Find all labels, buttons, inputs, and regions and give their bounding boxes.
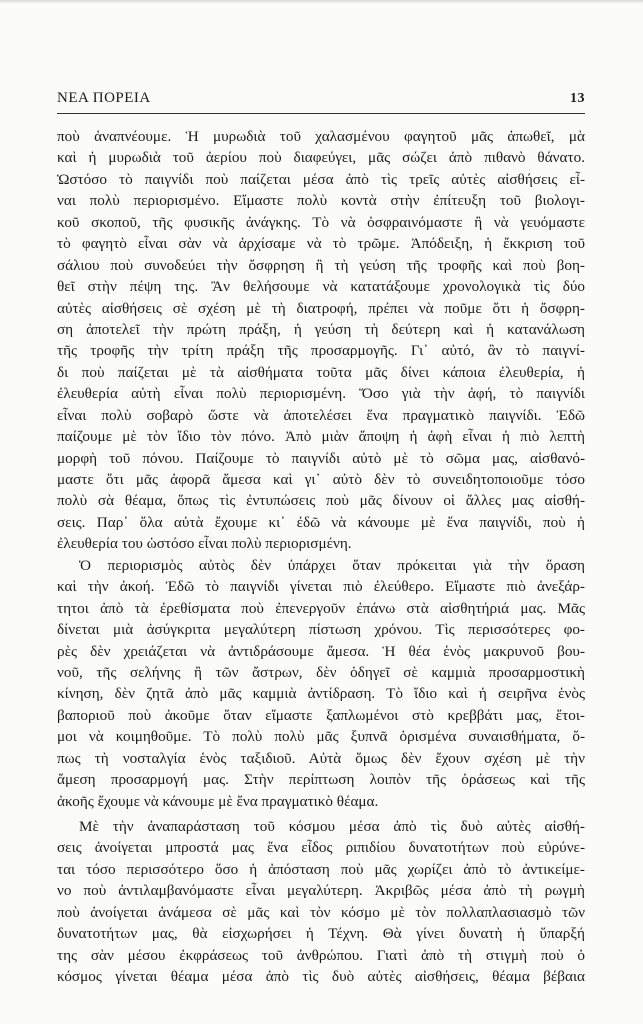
text-line: νοῦ, τῆς σελήνης ἢ τῶν ἄστρων, δὲν ὁδηγε…	[57, 662, 585, 683]
text-line: δι ποὺ παίζεται μὲ τὰ αἰσθήματα τοῦτα μᾶ…	[57, 362, 585, 383]
text-line: τῆς τροφῆς τὴν τρίτη πράξη τῆς προσαρμογ…	[57, 340, 585, 361]
text-line: δίνεται μιὰ ἀσύγκριτα μεγαλύτερη πίστωση…	[57, 619, 585, 640]
running-header: ΝΕΑ ΠΟΡΕΙΑ 13	[57, 90, 585, 107]
text-line: εἶναι πολὺ σοβαρὸ ὥστε νὰ ἀποτελέσει ἕνα…	[57, 405, 585, 426]
text-line: ἀκοῆς ἔχουμε νὰ κάνουμε μὲ ἕνα πραγματικ…	[57, 791, 585, 812]
header-rule	[57, 113, 585, 114]
text-line: ποὺ ἀνοίγεται ἀνάμεσα σὲ μᾶς καὶ τὸν κόσ…	[57, 902, 585, 923]
text-line: μαστε ὅτι μᾶς ἀφορᾶ ἄμεσα καὶ γι᾽ αὐτὸ δ…	[57, 469, 585, 490]
text-line: σεις. Παρ᾽ ὅλα αὐτὰ ἔχουμε κι᾽ ἐδῶ νὰ κά…	[57, 512, 585, 533]
text-line: ποὺ ἀναπνέουμε. Ἡ μυρωδιὰ τοῦ χαλασμένου…	[57, 126, 585, 147]
text-line: καὶ ἡ μυρωδιὰ τοῦ ἀερίου ποὺ διαφεύγει, …	[57, 147, 585, 168]
text-line: ἐλευθερία αὐτὴ εἶναι πολὺ περιορισμένη. …	[57, 383, 585, 404]
text-line: τὸ φαγητὸ εἶναι σὰν νὰ ἀρχίσαμε νὰ τὸ τρ…	[57, 233, 585, 254]
text-line: σάλιου ποὺ συνοδεύει τὴν ὄσφρηση ἢ τὴ γε…	[57, 255, 585, 276]
text-line: σεις ἀνοίγεται μπροστά μας ἕνα εἶδος ριπ…	[57, 837, 585, 858]
text-line: βαποριοῦ ποὺ ἀκοῦμε ὅταν εἴμαστε ξαπλωμέ…	[57, 705, 585, 726]
text-line: ρὲς δὲν χρειάζεται νὰ ἀντιδράσουμε ἄμεσα…	[57, 641, 585, 662]
text-line: κοῦ σκοποῦ, τῆς φυσικῆς ἀνάγκης. Τὸ νὰ ὀ…	[57, 212, 585, 233]
text-line: θεῖ στὴν πέψη της. Ἂν θελήσουμε νὰ κατατ…	[57, 276, 585, 297]
paragraph-1: ποὺ ἀναπνέουμε. Ἡ μυρωδιὰ τοῦ χαλασμένου…	[57, 126, 585, 555]
text-line: δυνατοτήτων μας, θὰ εἰσχωρήσει ἡ Τέχνη. …	[57, 923, 585, 944]
text-line: ἄμεση προσαρμογή μας. Στὴν περίπτωση λοι…	[57, 769, 585, 790]
text-line: Ὁ περιορισμὸς αὐτὸς δὲν ὑπάρχει ὅταν πρό…	[57, 555, 585, 576]
paragraph-3: Μὲ τὴν ἀναπαράσταση τοῦ κόσμου μέσα ἀπὸ …	[57, 816, 585, 988]
text-line: Ὡστόσο τὸ παιγνίδι ποὺ παίζεται μέσα ἀπὸ…	[57, 169, 585, 190]
text-line: ναι πολὺ περιορισμένο. Εἴμαστε πολὺ κοντ…	[57, 190, 585, 211]
body-text: ποὺ ἀναπνέουμε. Ἡ μυρωδιὰ τοῦ χαλασμένου…	[57, 126, 585, 988]
text-line: αὐτὲς αἰσθήσεις σὲ σχέση μὲ τὴ διατροφή,…	[57, 298, 585, 319]
paragraph-2: Ὁ περιορισμὸς αὐτὸς δὲν ὑπάρχει ὅταν πρό…	[57, 555, 585, 812]
text-line: τητοι ἀπὸ τὰ ἐρεθίσματα ποὺ ἐπενεργοῦν ἐ…	[57, 598, 585, 619]
text-line: πως τὴ νοσταλγία ἑνὸς ταξιδιοῦ. Αὐτὰ ὅμω…	[57, 748, 585, 769]
text-line: καὶ τὴν ἀκοή. Ἐδῶ τὸ παιγνίδι γίνεται πι…	[57, 576, 585, 597]
text-line: της σὰν μέσου ἐκφράσεως τοῦ ἀνθρώπου. Γι…	[57, 945, 585, 966]
text-line: παίζουμε μὲ τὸν ἴδιο τὸν πόνο. Ἀπὸ μιὰν …	[57, 426, 585, 447]
text-line: Μὲ τὴν ἀναπαράσταση τοῦ κόσμου μέσα ἀπὸ …	[57, 816, 585, 837]
text-line: νο ποὺ ἀντιλαμβανόμαστε εἶναι μεγαλύτερη…	[57, 880, 585, 901]
text-line: κίνηση, δὲν ζητᾶ ἀπὸ μᾶς καμμιὰ ἀντίδρασ…	[57, 683, 585, 704]
text-line: κόσμος γίνεται θέαμα μέσα ἀπὸ τὶς δυὸ αὐ…	[57, 966, 585, 987]
page-number: 13	[570, 91, 585, 107]
running-title: ΝΕΑ ΠΟΡΕΙΑ	[57, 90, 151, 107]
text-line: πολὺ σὰ θέαμα, ὅπως τὶς ἐντυπώσεις ποὺ μ…	[57, 490, 585, 511]
text-line: ση ἀποτελεῖ τὴν πρώτη πράξη, ἡ γεύση τὴ …	[57, 319, 585, 340]
text-line: ται τόσο περισσότερο ὅσο ἡ ἀπόσταση ποὺ …	[57, 859, 585, 880]
text-line: μορφὴ τοῦ πόνου. Παίζουμε τὸ παιγνίδι αὐ…	[57, 448, 585, 469]
text-line: ἐλευθερία του ὡστόσο εἶναι πολὺ περιορισ…	[57, 533, 585, 554]
text-line: μοι νὰ κοιμηθοῦμε. Τὸ πολὺ πολὺ μᾶς ξυπν…	[57, 726, 585, 747]
scan-top-edge	[0, 0, 643, 3]
